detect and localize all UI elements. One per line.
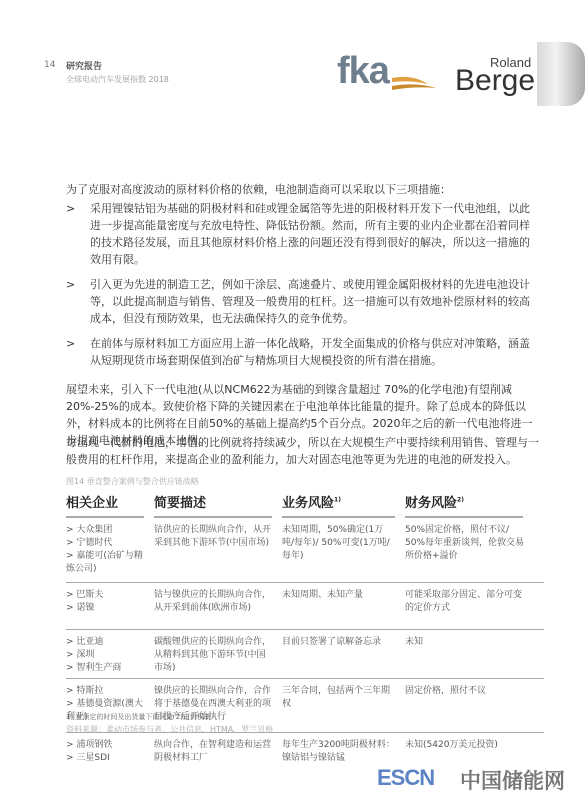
business-risk-cell: 目前只签署了谅解备忘录 bbox=[282, 636, 395, 678]
page-number: 14 bbox=[44, 60, 55, 70]
escn-watermark-logo: ESCN bbox=[377, 765, 434, 791]
fka-logo: fka bbox=[337, 50, 389, 93]
description-cell: 钴供应的长期纵向合作，从开采到其他下游环节(中国市场) bbox=[154, 524, 272, 582]
table-row: > 浦项钢铁 > 三星SDI 纵向合作，在智利建造和运营阴极材料工厂 每年生产3… bbox=[66, 732, 544, 769]
value-add-paragraph: 每出现一代新的电池，增值的比例就将持续减少，所以在大规模生产中要持续利用销售、管… bbox=[66, 434, 540, 468]
financial-risk-cell: 可能采取部分固定、部分可变的定价方式 bbox=[405, 589, 525, 629]
business-risk-cell: 三年合同，包括两个三年期权 bbox=[282, 685, 395, 732]
bullet-arrow-icon: > bbox=[66, 276, 90, 327]
companies-cell: > 浦项钢铁 > 三星SDI bbox=[66, 739, 144, 769]
financial-risk-cell: 未知 bbox=[405, 636, 525, 678]
escn-watermark-text: 中国储能网 bbox=[460, 765, 565, 795]
bullet-text: 引入更为先进的制造工艺，例如干涂层、高速叠片、或使用锂金属阳极材料的先进电池设计… bbox=[90, 276, 540, 327]
description-cell: 碳酸锂供应的长期纵向合作，从精料到其他下游环节(中国市场) bbox=[154, 636, 272, 678]
financial-risk-cell: 固定价格，照付不议 bbox=[405, 685, 525, 732]
roland-berger-b-mark-icon bbox=[537, 42, 585, 106]
table-row: > 大众集团 > 宁德时代 > 嘉能可(冶矿与精炼公司) 钴供应的长期纵向合作，… bbox=[66, 518, 544, 582]
table-row: > 巴斯夫 > 诺镍 钴与镍供应的长期纵向合作，从开采到前体(欧洲市场) 未知周… bbox=[66, 582, 544, 629]
business-risk-cell: 未知周期，50%确定(1万吨/每年)/ 50%可变(1万吨/每年) bbox=[282, 524, 395, 582]
companies-cell: > 巴斯夫 > 诺镍 bbox=[66, 589, 144, 629]
source-note: 资料来源：柔动市场参与者、公共信息、HTMA、罗兰贝格 bbox=[66, 724, 273, 735]
intro-paragraph: 为了克服对高度波动的原材料价格的依赖，电池制造商可以采取以下三项措施： bbox=[66, 181, 540, 198]
companies-cell: > 大众集团 > 宁德时代 > 嘉能可(冶矿与精炼公司) bbox=[66, 524, 144, 582]
roland-berger-logo-berger: Berger bbox=[455, 64, 545, 98]
section-title: 研究报告 bbox=[66, 59, 102, 72]
description-cell: 纵向合作，在智利建造和运营阴极材料工厂 bbox=[154, 739, 272, 769]
table-header: 相关企业 简要描述 业务风险1) 财务风险2) bbox=[66, 492, 544, 518]
header-business-risk: 业务风险1) bbox=[282, 492, 395, 518]
bullet-arrow-icon: > bbox=[66, 335, 90, 369]
table-row: > 比亚迪 > 深圳 > 智利生产商 碳酸锂供应的长期纵向合作，从精料到其他下游… bbox=[66, 629, 544, 678]
bullet-arrow-icon: > bbox=[66, 200, 90, 268]
section-subtitle: 全球电动汽车发展指数 2018 bbox=[66, 74, 169, 85]
list-item: > 采用锂镍钴铝为基础的阴极材料和硅或锂金属箔等先进的阳极材料开发下一代电池组，… bbox=[66, 200, 540, 268]
bullet-text: 在前体与原材料加工方面应用上游一体化战略，开发全面集成的价格与供应对冲策略，涵盖… bbox=[90, 335, 540, 369]
table-footnote: 1) 在预定的时间及出货量下的风险 2)定价机制 bbox=[66, 712, 211, 722]
list-item: > 引入更为先进的制造工艺，例如干涂层、高速叠片、或使用锂金属阳极材料的先进电池… bbox=[66, 276, 540, 327]
header-description: 简要描述 bbox=[154, 492, 272, 518]
measures-list: > 采用锂镍钴铝为基础的阴极材料和硅或锂金属箔等先进的阳极材料开发下一代电池组，… bbox=[66, 200, 540, 377]
figure-caption: 图14 垂直整合案例与整合供应链战略 bbox=[66, 476, 199, 487]
header-companies: 相关企业 bbox=[66, 492, 144, 518]
companies-cell: > 比亚迪 > 深圳 > 智利生产商 bbox=[66, 636, 144, 678]
bullet-text: 采用锂镍钴铝为基础的阴极材料和硅或锂金属箔等先进的阳极材料开发下一代电池组，以此… bbox=[90, 200, 540, 268]
header-financial-risk: 财务风险2) bbox=[405, 492, 523, 518]
financial-risk-cell: 50%固定价格，照付不议/ 50%每年重新谈判，伦敦交易所价格+溢价 bbox=[405, 524, 525, 582]
business-risk-cell: 未知周期、未知产量 bbox=[282, 589, 395, 629]
description-cell: 钴与镍供应的长期纵向合作，从开采到前体(欧洲市场) bbox=[154, 589, 272, 629]
list-item: > 在前体与原材料加工方面应用上游一体化战略，开发全面集成的价格与供应对冲策略，… bbox=[66, 335, 540, 369]
fka-swoosh-icon bbox=[390, 70, 440, 96]
